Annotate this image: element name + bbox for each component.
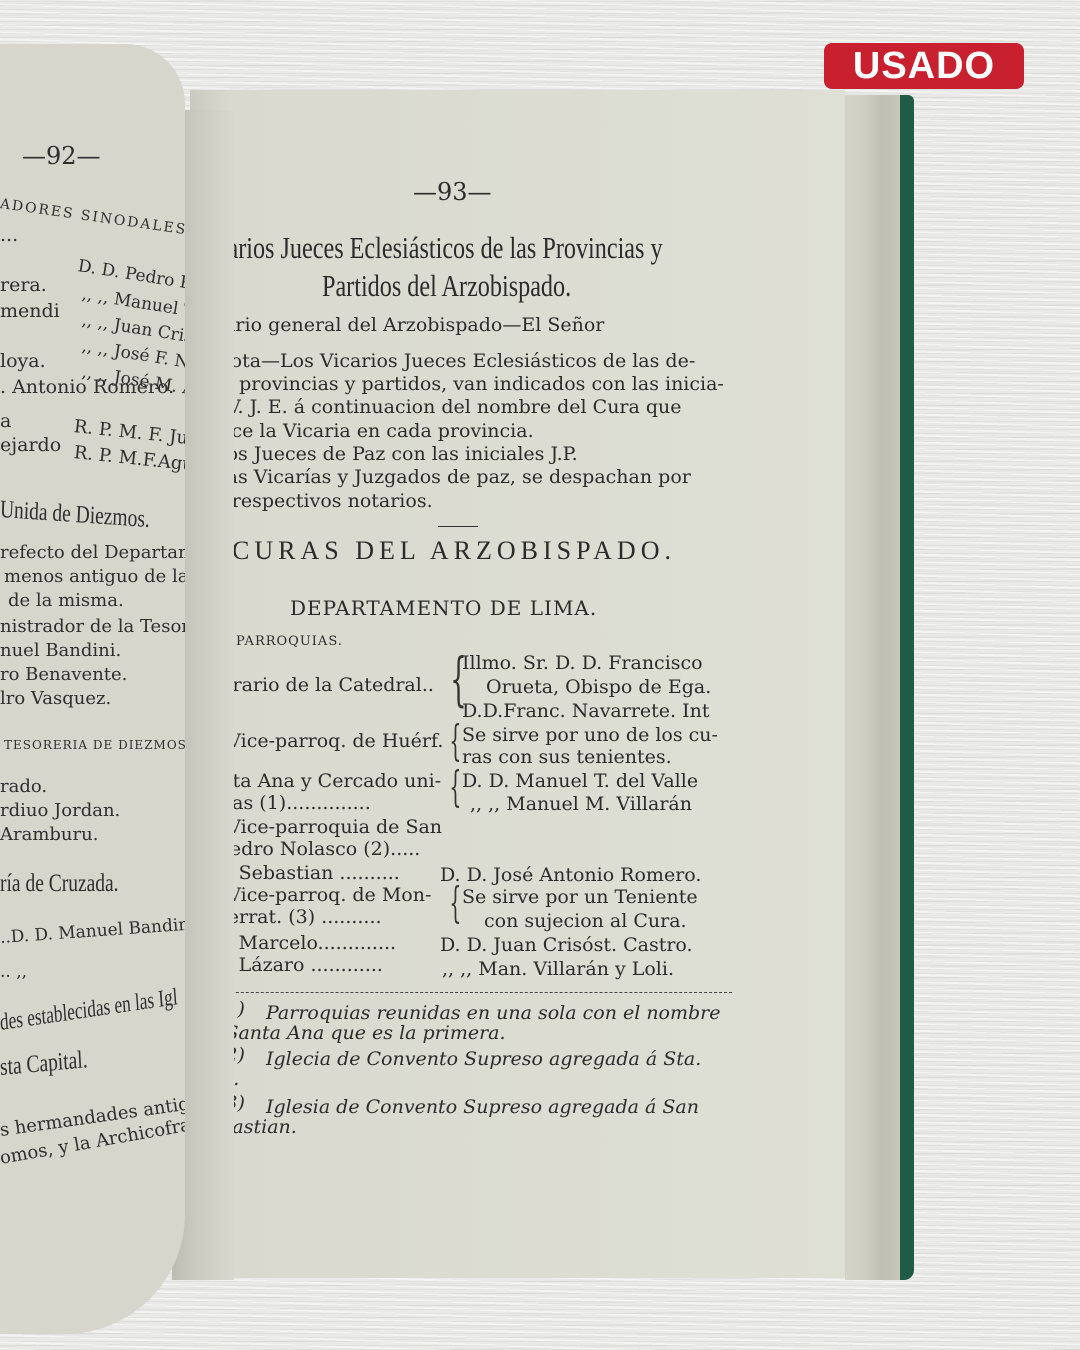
left-line: ejardo <box>0 434 61 456</box>
left-line: Aramburu. <box>0 824 98 845</box>
page-number: —93— <box>413 178 492 206</box>
brace: { <box>449 882 461 924</box>
left-line: refecto del Departamento <box>0 542 185 563</box>
priest-name: Illmo. Sr. D. D. Francisco <box>462 652 703 674</box>
column-header: PARROQUIAS. <box>236 634 343 649</box>
left-line: menos antiguo de la Corte <box>4 566 185 587</box>
priest-name: ras con sus tenientes. <box>462 746 672 768</box>
left-line: ro Benavente. <box>0 664 127 685</box>
left-line: nistrador de la Tesorería <box>0 616 185 637</box>
left-line: ADORES SINODALES. <box>0 196 185 239</box>
note-line: Las Vicarías y Juzgados de paz, se despa… <box>214 466 691 488</box>
left-line: lro Vasquez. <box>0 688 111 709</box>
parish-name: serrat. (3) .......... <box>218 906 382 928</box>
note-line: mas provincias y partidos, van indicados… <box>194 373 724 395</box>
divider <box>438 526 478 527</box>
note-line: Nota—Los Vicarios Jueces Eclesiásticos d… <box>214 350 695 372</box>
left-line: de la misma. <box>8 590 124 611</box>
department-heading: DEPARTAMENTO DE LIMA. <box>290 596 597 620</box>
left-line: ... <box>0 224 18 246</box>
parish-name: Pedro Nolasco (2)..... <box>218 838 420 860</box>
footnote-text: Iglecia de Convento Supreso agregada á S… <box>266 1048 701 1070</box>
left-heading: ría de Cruzada. <box>0 870 119 898</box>
page-title-line-2: Partidos del Arzobispado. <box>322 268 571 304</box>
left-subheading: TESORERIA DE DIEZMOS. <box>4 738 185 752</box>
priest-name: D. D. Manuel T. del Valle <box>462 770 698 792</box>
left-line: R. P. M.F.Agust. <box>73 442 185 478</box>
parish-name: das (1).............. <box>220 792 371 814</box>
priest-name: ,, ,, Manuel M. Villarán <box>470 793 692 815</box>
left-line: loya. <box>0 350 46 372</box>
priest-name: ,, ,, Man. Villarán y Loli. <box>442 958 674 980</box>
priest-name: Orueta, Obispo de Ega. <box>486 676 711 698</box>
book-cover-spine <box>900 95 914 1280</box>
footnote-text: Parroquias reunidas en una sola con el n… <box>266 1002 721 1024</box>
left-line: .. ,, <box>0 962 27 982</box>
left-line: rera. <box>0 274 47 296</box>
priest-name: Se sirve por uno de los cu- <box>462 724 718 746</box>
left-line: a <box>0 410 11 432</box>
brace: { <box>449 720 461 762</box>
brace: { <box>449 766 461 808</box>
priest-name: D.D.Franc. Navarrete. Int <box>462 700 710 722</box>
page-title-line-1: Vicarios Jueces Eclesiásticos de las Pro… <box>194 230 663 266</box>
left-line: nuel Bandini. <box>0 640 121 661</box>
footnote-text: Iglesia de Convento Supreso agregada á S… <box>266 1096 699 1118</box>
left-page: —92— ADORES SINODALES. ... rera. mendi l… <box>0 44 185 1334</box>
left-heading: sta Capital. <box>0 1046 88 1082</box>
left-heading: Unida de Diezmos. <box>0 496 150 534</box>
vicar-general: Vicario general del Arzobispado—El Señor <box>194 314 604 336</box>
left-line: rdiuo Jordan. <box>0 800 120 821</box>
left-line: rado. <box>0 776 47 797</box>
footnote-text: de Santa Ana que es la primera. <box>196 1022 506 1044</box>
priest-name: D. D. José Antonio Romero. <box>440 864 701 886</box>
priest-name: con sujecion al Cura. <box>484 910 687 932</box>
priest-name: Se sirve por un Teniente <box>462 886 698 908</box>
note-line: Los Jueces de Paz con las iniciales J.P. <box>214 443 578 465</box>
condition-badge: USADO <box>824 43 1024 89</box>
footnote-divider <box>196 992 732 994</box>
left-line: ..D. D. Manuel Bandini <box>0 914 185 948</box>
note-line: ejerce la Vicaria en cada provincia. <box>194 420 534 442</box>
page-edges <box>845 95 907 1280</box>
note-line: les V. J. E. á continuacion del nombre d… <box>194 396 682 418</box>
left-heading: des establecidas en las Igl <box>0 984 179 1037</box>
right-page: —93— Vicarios Jueces Eclesiásticos de la… <box>190 90 845 1278</box>
section-title: CURAS DEL ARZOBISPADO. <box>232 536 676 566</box>
left-line: mendi <box>0 300 60 322</box>
page-number: —92— <box>22 142 101 170</box>
priest-name: D. D. Juan Crisóst. Castro. <box>440 934 693 956</box>
